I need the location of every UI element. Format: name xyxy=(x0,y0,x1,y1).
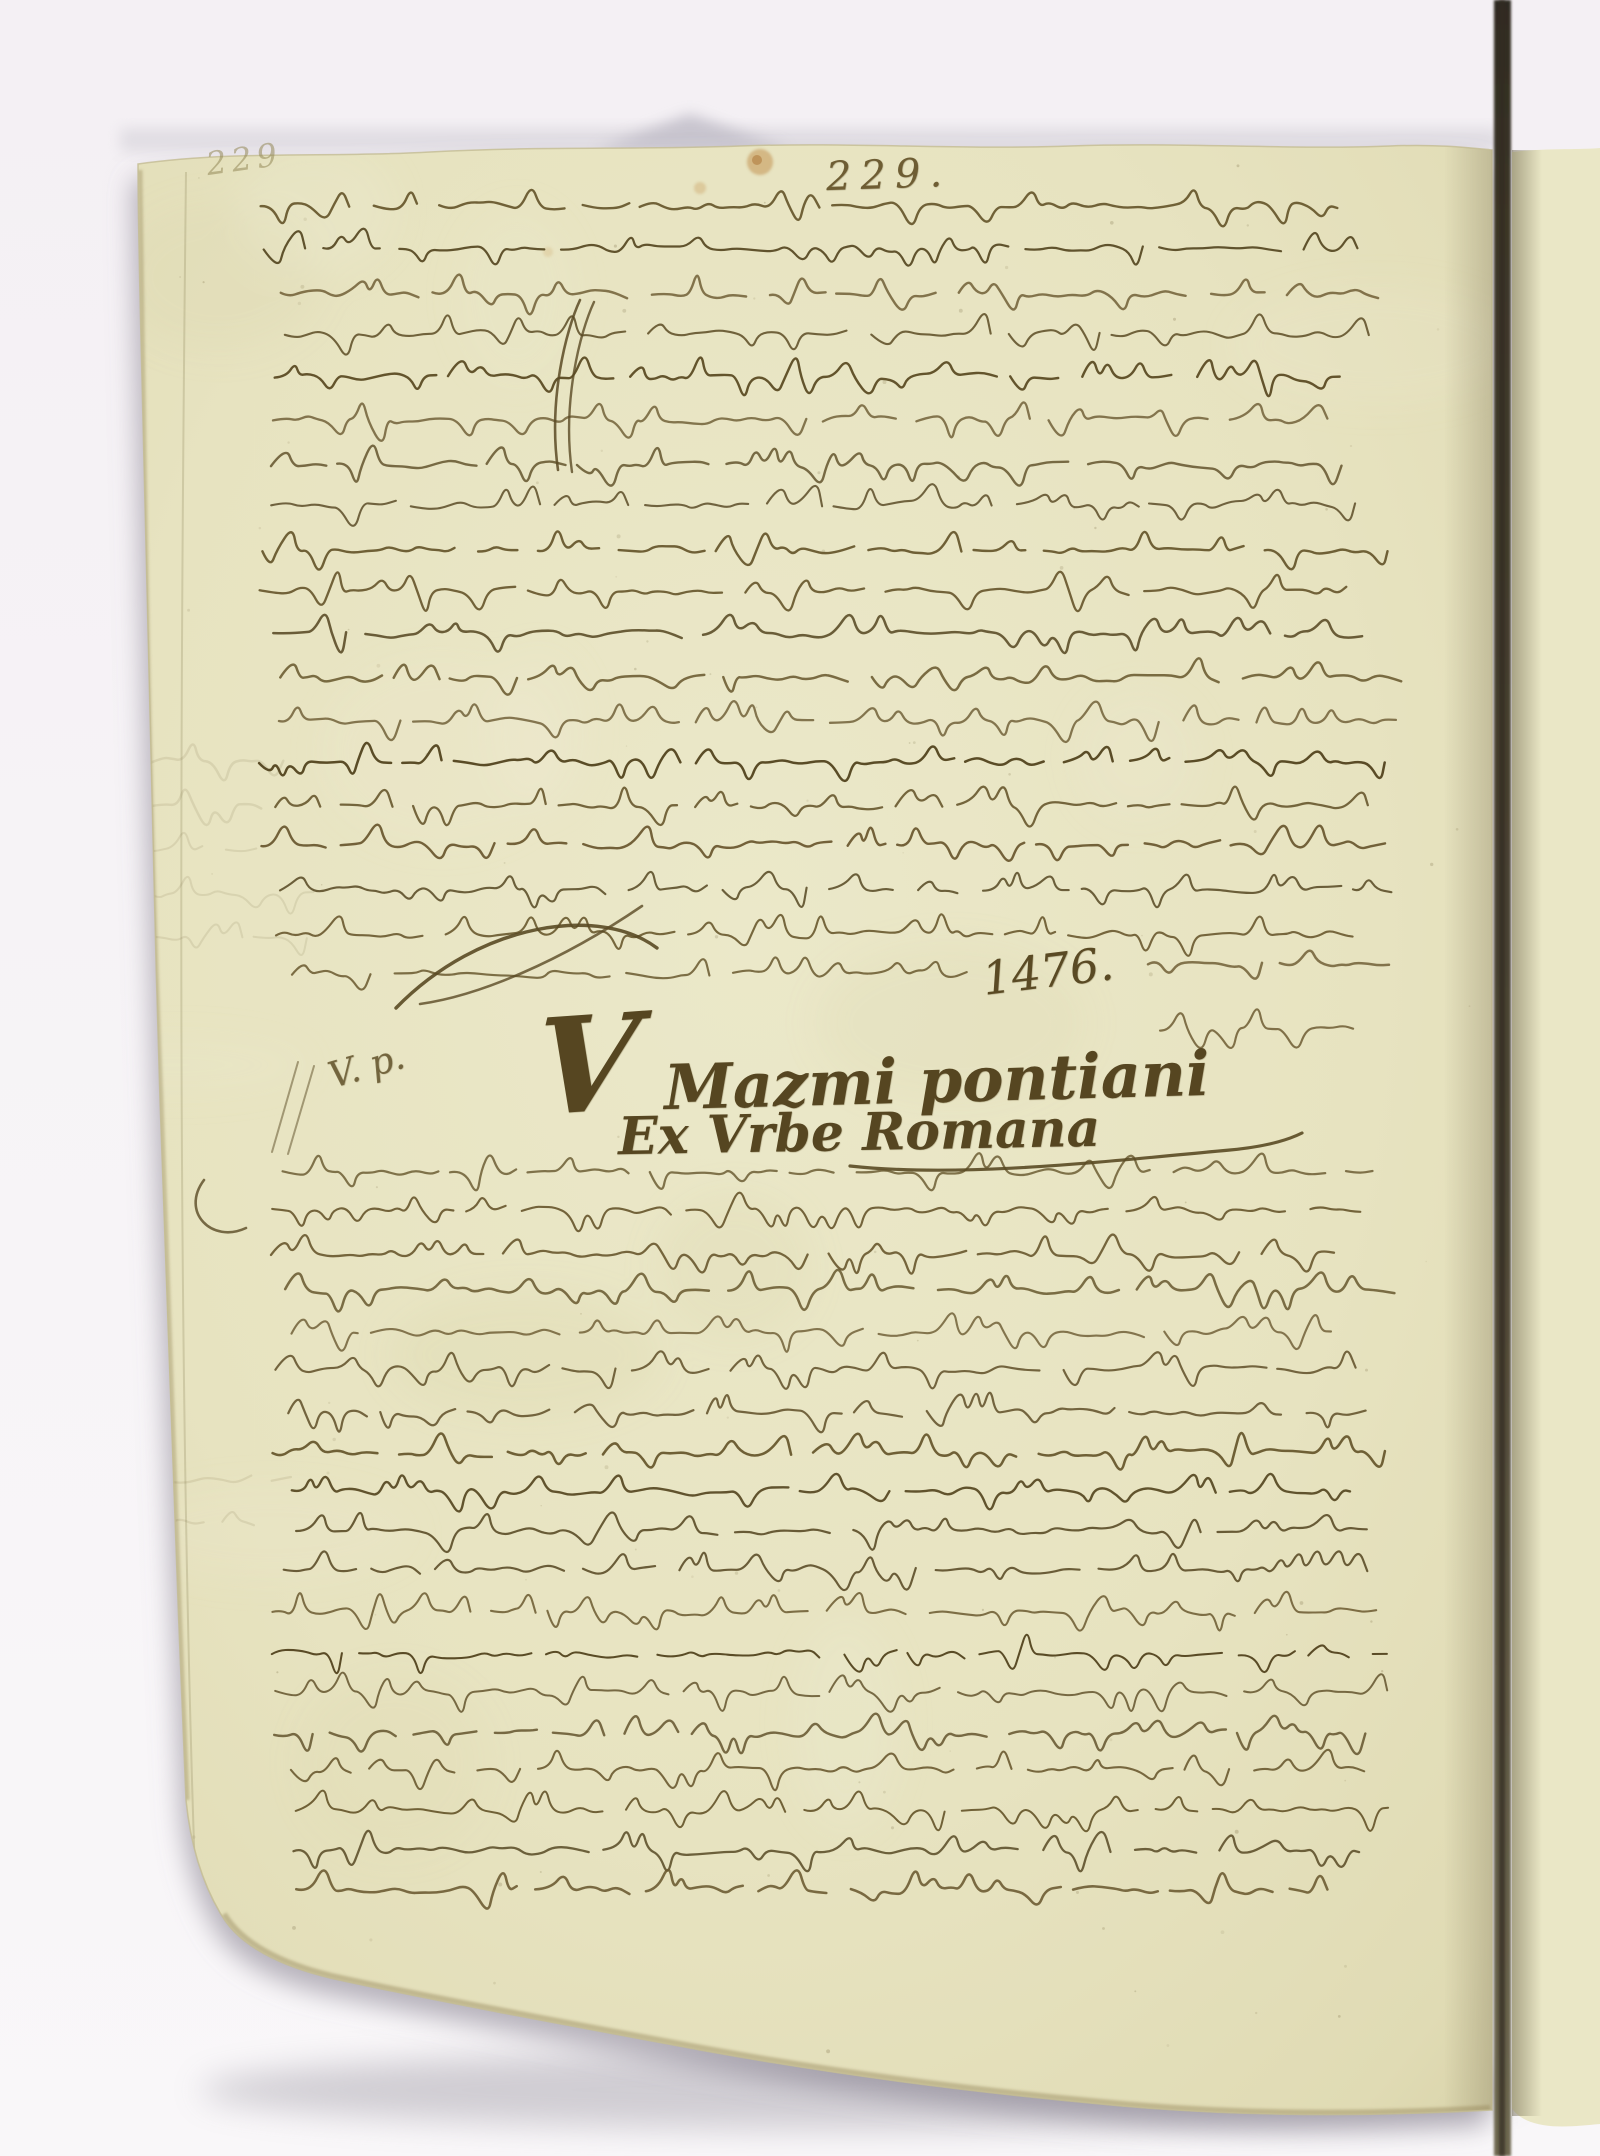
speckle xyxy=(767,1874,770,1877)
speckle xyxy=(756,706,758,708)
speckle xyxy=(913,741,916,744)
folio-page-number: 229. xyxy=(825,150,952,200)
speckle xyxy=(1430,863,1433,866)
speckle xyxy=(580,1313,582,1315)
speckle xyxy=(883,1791,886,1794)
speckle xyxy=(1185,1201,1187,1203)
page-right-edge-shading xyxy=(1444,140,1492,2120)
speckle xyxy=(159,1895,162,1898)
speckle xyxy=(1255,2012,1257,2014)
speckle xyxy=(303,218,307,222)
speckle xyxy=(525,1579,526,1580)
speckle xyxy=(332,1438,335,1441)
speckle xyxy=(1173,318,1176,321)
speckle xyxy=(187,609,190,612)
speckle xyxy=(858,1781,860,1783)
heading-line-2: Ex Vrbe Romana xyxy=(618,1098,1101,1167)
speckle xyxy=(1338,2015,1341,2018)
speckle xyxy=(292,1926,296,1930)
speckle xyxy=(298,302,301,305)
speckle xyxy=(959,309,963,313)
speckle xyxy=(374,1614,376,1616)
speckle xyxy=(753,297,755,299)
speckle xyxy=(806,800,808,802)
speckle xyxy=(601,450,603,452)
speckle xyxy=(622,309,626,313)
speckle xyxy=(1286,1634,1288,1636)
speckle xyxy=(328,1402,330,1404)
speckle xyxy=(287,441,289,443)
speckle xyxy=(259,527,261,529)
speckle xyxy=(874,1251,877,1254)
speckle xyxy=(727,1416,729,1418)
speckle xyxy=(369,1938,372,1941)
speckle xyxy=(909,742,911,744)
speckle xyxy=(493,1982,496,1985)
mottle-patch xyxy=(128,1486,414,1580)
speckle xyxy=(348,629,350,631)
speckle xyxy=(605,1465,609,1469)
speckle xyxy=(891,1826,894,1829)
mottle-patch xyxy=(43,1036,307,1094)
speckle xyxy=(540,1505,541,1506)
speckle xyxy=(326,1471,329,1474)
speckle xyxy=(321,884,323,886)
speckle xyxy=(691,1575,694,1578)
book-gutter-core xyxy=(1499,0,1505,2156)
speckle xyxy=(376,1186,378,1188)
speckle xyxy=(211,873,213,875)
speckle xyxy=(614,245,617,248)
speckle xyxy=(540,1871,542,1873)
speckle xyxy=(1235,1830,1239,1834)
speckle xyxy=(179,276,181,278)
speckle xyxy=(1134,1990,1136,1992)
speckle xyxy=(1109,1738,1112,1741)
speckle xyxy=(198,177,200,179)
speckle xyxy=(1381,1670,1383,1672)
speckle xyxy=(735,1571,738,1574)
speckle xyxy=(1166,2044,1169,2047)
speckle xyxy=(1437,328,1440,331)
mottle-patch xyxy=(390,1292,660,1418)
speckle xyxy=(1094,527,1096,529)
speckle xyxy=(1247,224,1249,226)
manuscript-photo: 229. 229 V. p. 1476. V Mazmi pontiani Ex… xyxy=(0,0,1600,2156)
speckle xyxy=(276,1671,278,1673)
speckle xyxy=(1005,266,1008,269)
speckle xyxy=(709,673,711,675)
speckle xyxy=(1221,1930,1225,1934)
speckle xyxy=(1110,221,1114,225)
speckle xyxy=(626,745,627,746)
speckle xyxy=(1350,445,1352,447)
speckle xyxy=(715,935,718,938)
speckle xyxy=(778,1589,781,1592)
speckle xyxy=(646,640,648,642)
speckle xyxy=(635,1549,637,1551)
speckle xyxy=(615,576,617,578)
speckle xyxy=(1141,935,1143,937)
foxing-stain xyxy=(694,182,706,194)
speckle xyxy=(377,664,381,668)
speckle xyxy=(1008,773,1011,776)
speckle xyxy=(617,534,621,538)
speckle xyxy=(1102,1927,1105,1930)
speckle xyxy=(982,1609,984,1611)
facing-page-gutter-shading xyxy=(1512,150,1542,2116)
speckle xyxy=(917,1340,919,1342)
speckle xyxy=(1054,1657,1056,1659)
speckle xyxy=(1300,1601,1304,1605)
speckle xyxy=(203,281,205,283)
speckle xyxy=(1344,1780,1346,1782)
speckle xyxy=(1325,508,1328,511)
speckle xyxy=(1365,1369,1368,1372)
speckle xyxy=(1149,972,1153,976)
foxing-stain xyxy=(752,155,762,165)
speckle xyxy=(300,285,304,289)
speckle xyxy=(498,1883,502,1887)
speckle xyxy=(883,380,887,384)
speckle xyxy=(1344,1965,1347,1968)
speckle xyxy=(902,852,904,854)
speckle xyxy=(826,2049,830,2053)
speckle xyxy=(1076,1891,1079,1894)
speckle xyxy=(764,202,766,204)
speckle xyxy=(504,862,506,864)
speckle xyxy=(949,1750,950,1751)
speckle xyxy=(634,668,637,671)
speckle xyxy=(1254,830,1257,833)
speckle xyxy=(1370,1620,1372,1622)
speckle xyxy=(817,471,820,474)
speckle xyxy=(1425,1261,1427,1263)
speckle xyxy=(1060,566,1064,570)
speckle xyxy=(1237,164,1240,167)
speckle xyxy=(536,481,539,484)
